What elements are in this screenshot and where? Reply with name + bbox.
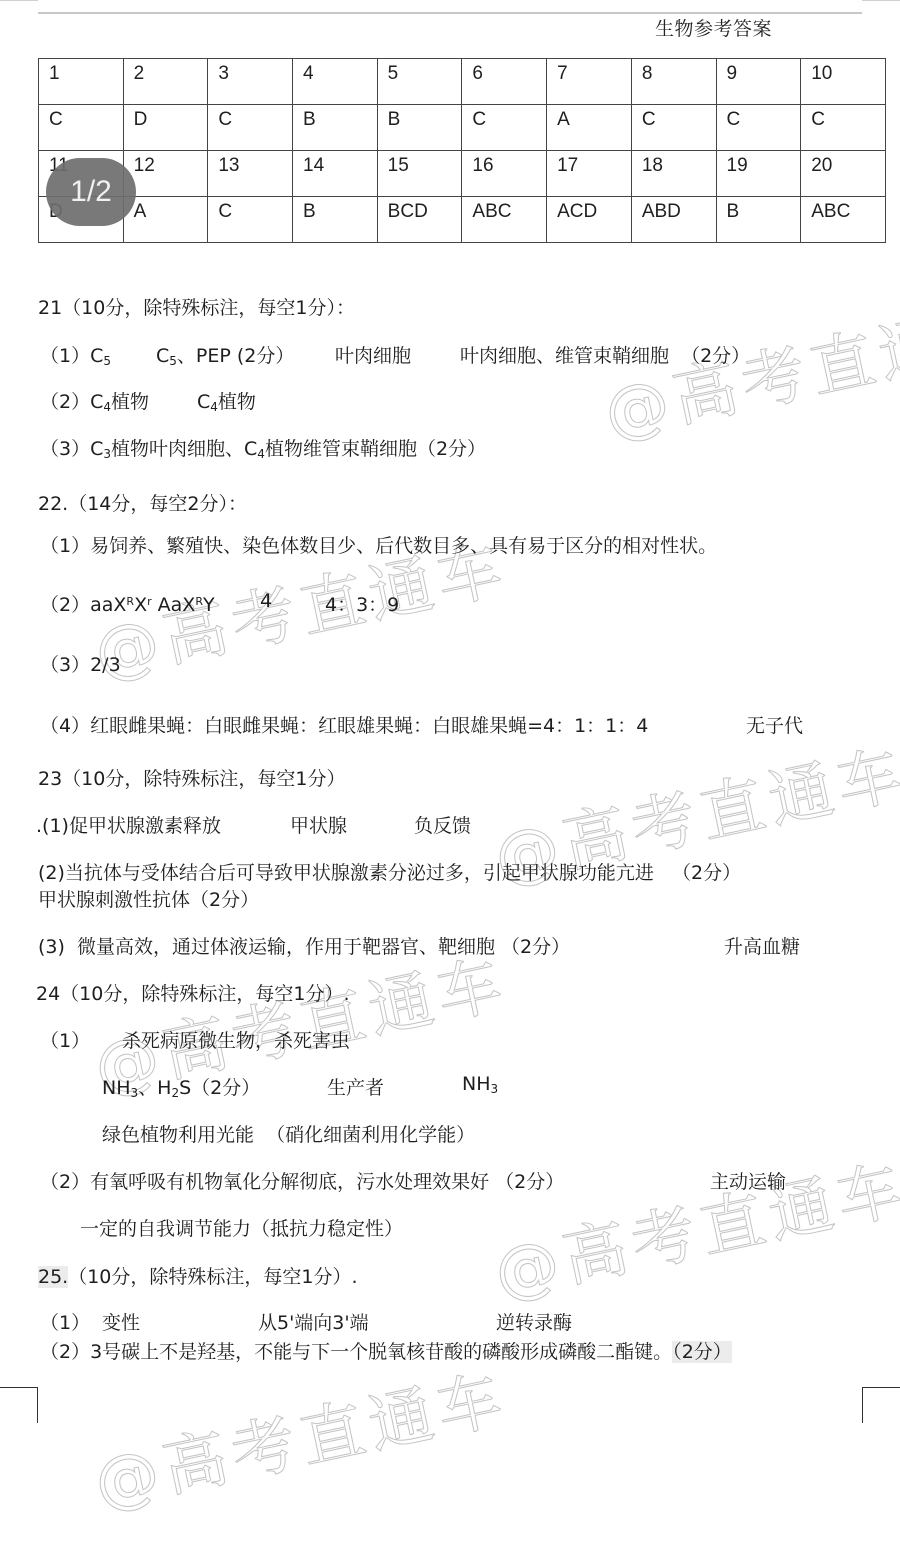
answer-text: 植物	[218, 391, 256, 413]
table-cell: 9	[716, 59, 801, 105]
q21-part1-d: 叶肉细胞、维管束鞘细胞 （2分）	[460, 341, 750, 368]
q22-part1: （1）易饲养、繁殖快、染色体数目少、后代数目多、具有易于区分的相对性状。	[40, 531, 717, 558]
answer-text: （2）3号碳上不是羟基，不能与下一个脱氧核苷酸的磷酸形成磷酸二酯键。	[40, 1341, 672, 1363]
q24-part2-a: （2）有氧呼吸有机物氧化分解彻底，污水处理效果好 （2分）	[40, 1167, 564, 1194]
q23-part1-c: 负反馈	[414, 811, 471, 838]
table-cell: A	[547, 105, 632, 151]
watermark: @高考直通车	[485, 1137, 900, 1314]
q25-part1-label: （1）	[40, 1308, 96, 1335]
table-cell: 4	[293, 59, 378, 105]
table-cell: 16	[462, 151, 547, 197]
answer-text: C	[197, 391, 210, 413]
answer-text: C	[90, 438, 103, 460]
table-row-numbers-1: 1 2 3 4 5 6 7 8 9 10	[39, 59, 886, 105]
table-cell: B	[377, 105, 462, 151]
q22-part4: （4）红眼雌果蝇：白眼雌果蝇：红眼雄果蝇：白眼雄果蝇=4：1：1：4	[40, 711, 648, 738]
q25-part1-b: 从5'端向3'端	[258, 1308, 369, 1335]
table-cell: C	[631, 105, 716, 151]
q22-heading: 22.（14分，每空2分）：	[38, 489, 247, 516]
subscript: 3	[131, 1086, 139, 1100]
table-cell: ACD	[547, 197, 632, 243]
table-cell: 18	[631, 151, 716, 197]
table-row-answers-2: D A C B BCD ABC ACD ABD B ABC	[39, 197, 886, 243]
subscript: 2	[171, 1086, 179, 1100]
superscript: R	[195, 595, 203, 608]
q22-part4-b: 无子代	[746, 711, 803, 738]
answer-text: 、PEP (2分）	[177, 345, 294, 367]
genotype: Y	[203, 594, 215, 616]
q24-part1-label: （1）	[40, 1026, 90, 1053]
table-cell: 2	[123, 59, 208, 105]
table-cell: ABD	[631, 197, 716, 243]
subscript: 3	[103, 447, 111, 461]
subscript: 5	[169, 354, 177, 368]
table-cell: ABC	[462, 197, 547, 243]
table-cell: 8	[631, 59, 716, 105]
part-label: （1）	[40, 345, 90, 367]
table-cell: 7	[547, 59, 632, 105]
table-row-answers-1: C D C B B C A C C C	[39, 105, 886, 151]
q25-part1-c: 逆转录酶	[496, 1308, 572, 1335]
table-cell: 5	[377, 59, 462, 105]
table-cell: 13	[208, 151, 293, 197]
part-label: （2）	[40, 391, 90, 413]
table-cell: A	[123, 197, 208, 243]
answer-text: 植物	[111, 391, 149, 413]
genotype: AaX	[152, 594, 196, 616]
table-cell: 17	[547, 151, 632, 197]
q24-part1-c: 生产者	[327, 1073, 384, 1100]
top-left-edge	[0, 0, 38, 1]
q23-part1-b: 甲状腺	[290, 811, 347, 838]
q25-heading: 25.（10分，除特殊标注，每空1分）.	[38, 1262, 358, 1289]
answer-text: C	[90, 391, 103, 413]
table-cell: ABC	[801, 197, 886, 243]
table-cell: B	[293, 105, 378, 151]
table-cell: 1	[39, 59, 124, 105]
q21-part3: （3）C3植物叶肉细胞、C4植物维管束鞘细胞（2分）	[40, 434, 486, 461]
document-title: 生物参考答案	[655, 14, 772, 41]
table-cell: 15	[377, 151, 462, 197]
superscript: R	[126, 595, 134, 608]
q24-heading: 24（10分，除特殊标注，每空1分）.	[36, 979, 349, 1006]
q24-part2-c: 一定的自我调节能力（抵抗力稳定性）	[80, 1214, 403, 1241]
page-indicator-badge[interactable]: 1/2	[46, 158, 136, 226]
subscript: 5	[103, 354, 111, 368]
q25-part2: （2）3号碳上不是羟基，不能与下一个脱氧核苷酸的磷酸形成磷酸二酯键。（2分）	[40, 1337, 732, 1364]
q21-part1-b: C5、PEP (2分）	[156, 341, 294, 368]
q21-part2: （2）C4植物	[40, 387, 149, 414]
table-cell: 14	[293, 151, 378, 197]
table-cell: 10	[801, 59, 886, 105]
q23-part2-a: (2)当抗体与受体结合后可导致甲状腺激素分泌过多，引起甲状腺功能亢进 （2分）	[38, 858, 741, 885]
q21-part1-c: 叶肉细胞	[335, 341, 411, 368]
table-cell: C	[39, 105, 124, 151]
table-cell: C	[208, 197, 293, 243]
table-cell: C	[208, 105, 293, 151]
q22-part2-c: 4：3：9	[325, 590, 399, 617]
q25-part1-a: 变性	[102, 1308, 140, 1335]
watermark: @高考直通车	[85, 1347, 515, 1524]
subscript: 4	[103, 400, 111, 414]
q24-part1-b: NH3、H2S（2分）	[102, 1073, 260, 1100]
table-cell: 19	[716, 151, 801, 197]
table-cell: B	[716, 197, 801, 243]
q23-part3-a: (3) 微量高效，通过体液运输，作用于靶器官、靶细胞 （2分）	[38, 932, 570, 959]
genotype: aaX	[90, 594, 126, 616]
q21-heading: 21（10分，除特殊标注，每空1分）：	[38, 293, 355, 320]
part-label: （3）	[40, 438, 90, 460]
table-cell: C	[462, 105, 547, 151]
table-cell: C	[716, 105, 801, 151]
subscript: 4	[257, 447, 265, 461]
answer-text: 植物叶肉细胞、C	[111, 438, 257, 460]
table-cell: 3	[208, 59, 293, 105]
q24-part1-e: 绿色植物利用光能 （硝化细菌利用化学能）	[102, 1120, 475, 1147]
q23-heading: 23（10分，除特殊标注，每空1分）	[38, 764, 345, 791]
formula: S（2分）	[179, 1077, 260, 1099]
genotype: X	[134, 594, 147, 616]
part-label: （2）	[40, 594, 90, 616]
q21-part2-b: C4植物	[197, 387, 256, 414]
answer-table: 1 2 3 4 5 6 7 8 9 10 C D C B B C A C C C…	[38, 58, 886, 243]
answer-text: 植物维管束鞘细胞（2分）	[265, 438, 486, 460]
q22-part3: （3）2/3	[40, 650, 121, 677]
q23-part1-a: .(1)促甲状腺激素释放	[36, 811, 221, 838]
formula: NH	[462, 1073, 491, 1095]
question-number: 25.	[38, 1266, 68, 1288]
q22-part2: （2）aaXRXr AaXRY	[40, 590, 215, 617]
answer-text: C	[156, 345, 169, 367]
subscript: 3	[491, 1082, 499, 1096]
q24-part1-a: 杀死病原微生物，杀死害虫	[122, 1026, 350, 1053]
q23-part3-b: 升高血糖	[724, 932, 800, 959]
formula: 、H	[138, 1077, 171, 1099]
heading-text: （10分，除特殊标注，每空1分）.	[68, 1266, 357, 1288]
q24-part2-b: 主动运输	[710, 1167, 786, 1194]
page-corner-mark	[0, 1387, 38, 1423]
table-row-numbers-2: 11 12 13 14 15 16 17 18 19 20	[39, 151, 886, 197]
subscript: 4	[210, 400, 218, 414]
formula: NH	[102, 1077, 131, 1099]
q24-part1-d: NH3	[462, 1073, 498, 1096]
q23-part2-b: 甲状腺刺激性抗体（2分）	[38, 885, 259, 912]
table-cell: 20	[801, 151, 886, 197]
page-corner-mark	[862, 1387, 900, 1423]
table-cell: D	[123, 105, 208, 151]
q21-part1: （1）C5	[40, 341, 111, 368]
q22-part2-b: 4	[260, 590, 272, 612]
table-cell: BCD	[377, 197, 462, 243]
answer-text: C	[90, 345, 103, 367]
table-cell: 6	[462, 59, 547, 105]
top-right-edge	[862, 0, 900, 1]
table-cell: C	[801, 105, 886, 151]
table-cell: B	[293, 197, 378, 243]
score-note: （2分）	[672, 1341, 732, 1363]
